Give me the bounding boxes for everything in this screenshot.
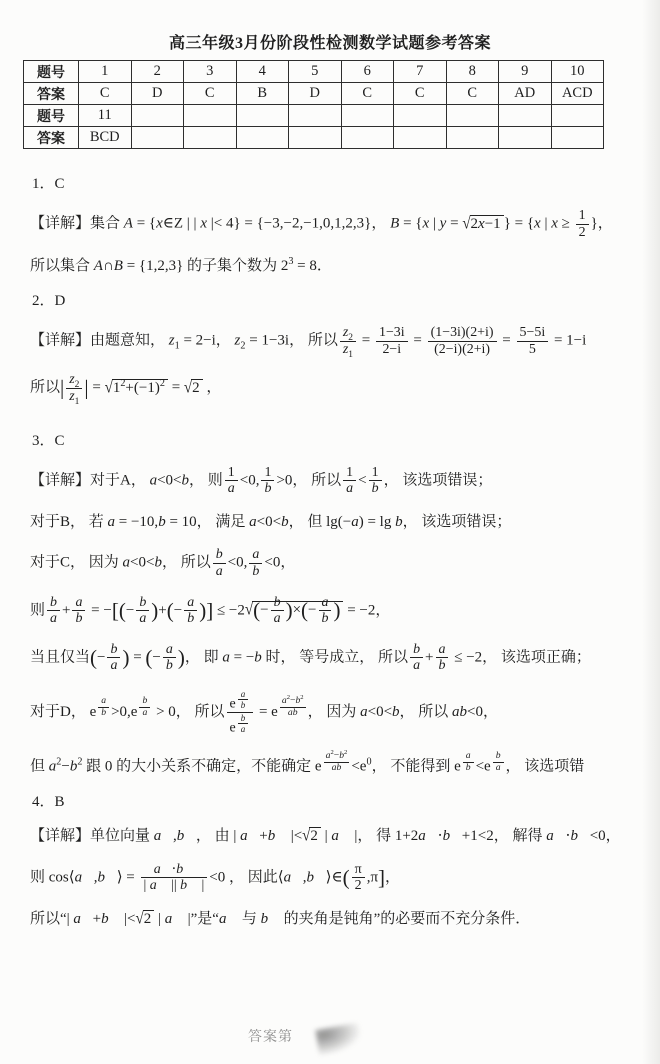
question-number-cell: 9 <box>499 61 552 83</box>
answer-cell <box>394 127 447 149</box>
question-number-cell <box>184 105 237 127</box>
solution-line-q4-detail-1: 【详解】单位向量 a⃗,b⃗， 由 | a⃗+b⃗ |<√2 | a⃗ |， 得… <box>30 826 630 846</box>
solution-line-q2-detail-1: 【详解】由题意知， z1 = 2−i， z2 = 1−3i， 所以z2z1 = … <box>30 325 630 357</box>
answer-cell <box>551 127 604 149</box>
solution-line-q3-detail-d2: 但 a2−b2 跟 0 的大小关系不确定，不能确定 ea2−b2ab<e0， 不… <box>30 751 630 777</box>
answer-cell: C <box>446 83 499 105</box>
solution-line-q1-answer: 1．C <box>32 174 630 194</box>
question-number-cell: 6 <box>341 61 394 83</box>
answer-cell <box>446 127 499 149</box>
row-header-cell: 答案 <box>24 127 79 149</box>
solution-line-q3-detail-c2: 则ba+ab = −[(−ba)+(−ab)] ≤ −2√(−ba)×(−ab)… <box>30 595 630 627</box>
question-number-cell <box>341 105 394 127</box>
solution-line-q3-detail-c3: 当且仅当(−ba) = (−ab)， 即 a = −b 时， 等号成立， 所以b… <box>30 642 630 674</box>
question-number-cell: 10 <box>551 61 604 83</box>
answer-cell: C <box>341 83 394 105</box>
page-title: 高三年级3月份阶段性检测数学试题参考答案 <box>0 30 660 53</box>
solutions-section: 1．C 【详解】集合 A = {x∈Z | | x |< 4} = {−3,−2… <box>30 174 630 929</box>
table-row-question-numbers-1: 题号 1 2 3 4 5 6 7 8 9 10 <box>24 61 604 83</box>
table-row-question-numbers-2: 题号 11 <box>24 105 604 127</box>
question-number-cell: 3 <box>184 61 237 83</box>
question-number-cell <box>394 105 447 127</box>
solution-line-q2-detail-2: 所以|z2z1| = √12+(−1)2 = √2 ， <box>30 372 630 404</box>
answer-cell <box>341 127 394 149</box>
answer-cell: B <box>236 83 289 105</box>
solution-line-q2-answer: 2．D <box>32 291 630 311</box>
solution-line-q3-detail-b: 对于B， 若 a = −10,b = 10， 满足 a<0<b， 但 lg(−a… <box>30 512 630 532</box>
row-header-cell: 答案 <box>24 83 79 105</box>
solution-line-q3-detail-a: 【详解】对于A， a<0<b， 则1a<0,1b>0， 所以1a<1b， 该选项… <box>30 465 630 497</box>
solution-line-q1-detail-1: 【详解】集合 A = {x∈Z | | x |< 4} = {−3,−2,−1,… <box>30 208 630 240</box>
answer-cell <box>236 127 289 149</box>
question-number-cell <box>446 105 499 127</box>
scan-smudge-artifact <box>315 1022 363 1055</box>
answer-cell <box>289 127 342 149</box>
solution-line-q4-detail-3: 所以“| a⃗+b⃗ |<√2 | a⃗ |”是“a⃗ 与 b⃗ 的夹角是钝角”… <box>30 909 630 929</box>
answer-cell: D <box>289 83 342 105</box>
answer-cell <box>499 127 552 149</box>
question-number-cell: 4 <box>236 61 289 83</box>
answer-cell: AD <box>499 83 552 105</box>
question-number-cell: 2 <box>131 61 184 83</box>
answer-cell <box>131 127 184 149</box>
row-header-cell: 题号 <box>24 105 79 127</box>
question-number-cell: 8 <box>446 61 499 83</box>
question-number-cell <box>499 105 552 127</box>
solution-line-q4-answer: 4．B <box>32 792 630 812</box>
solution-line-q3-detail-c1: 对于C， 因为 a<0<b， 所以ba<0,ab<0， <box>30 547 630 579</box>
solution-line-q4-detail-2: 则 cos⟨a⃗,b⃗⟩ = a⃗⋅b⃗| a⃗ || b⃗ |<0 ， 因此⟨… <box>30 862 630 894</box>
question-number-cell <box>236 105 289 127</box>
solution-line-q3-detail-d1: 对于D， eab>0,eba > 0， 所以eabeba = ea2−b2ab，… <box>30 689 630 736</box>
answer-cell: D <box>131 83 184 105</box>
answer-cell: ACD <box>551 83 604 105</box>
answer-cell: C <box>79 83 132 105</box>
question-number-cell: 1 <box>79 61 132 83</box>
scan-edge-shading <box>642 0 660 1064</box>
answer-cell: C <box>394 83 447 105</box>
table-row-answers-2: 答案 BCD <box>24 127 604 149</box>
question-number-cell <box>289 105 342 127</box>
question-number-cell: 11 <box>79 105 132 127</box>
answer-cell: C <box>184 83 237 105</box>
answer-cell <box>184 127 237 149</box>
question-number-cell: 5 <box>289 61 342 83</box>
question-number-cell: 7 <box>394 61 447 83</box>
solution-line-q3-answer: 3．C <box>32 431 630 451</box>
question-number-cell <box>131 105 184 127</box>
answer-cell: BCD <box>79 127 132 149</box>
question-number-cell <box>551 105 604 127</box>
page-footer: 答案第 <box>248 1026 293 1046</box>
document-page: 高三年级3月份阶段性检测数学试题参考答案 题号 1 2 3 4 5 6 7 8 … <box>0 0 660 1064</box>
solution-line-q1-detail-2: 所以集合 A∩B = {1,2,3} 的子集个数为 23 = 8． <box>30 256 630 276</box>
table-row-answers-1: 答案 C D C B D C C C AD ACD <box>24 83 604 105</box>
row-header-cell: 题号 <box>24 61 79 83</box>
answer-table: 题号 1 2 3 4 5 6 7 8 9 10 答案 C D C B D C C <box>23 60 604 149</box>
